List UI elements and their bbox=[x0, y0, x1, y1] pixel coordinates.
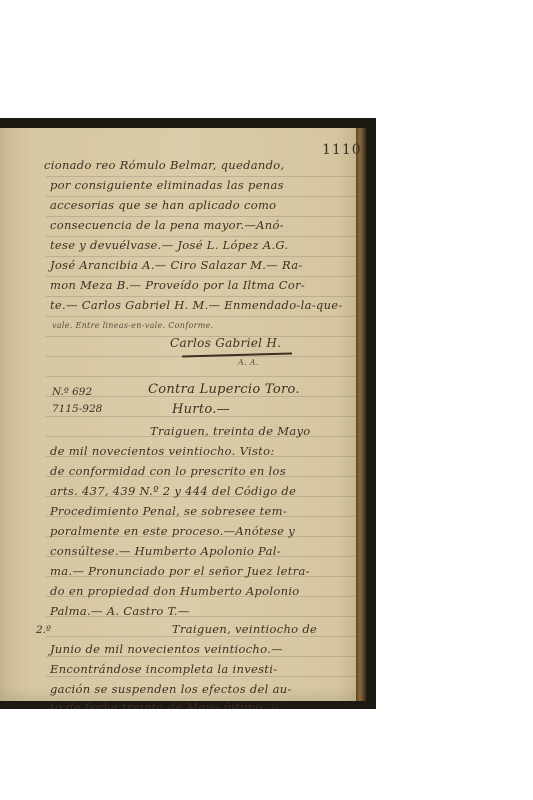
signature: Carlos Gabriel H. bbox=[170, 336, 281, 350]
margin-reference: 7115-928 bbox=[52, 403, 102, 415]
text-line: de conformidad con lo prescrito en los bbox=[50, 464, 286, 478]
text-line: mon Meza B.— Proveído por la Iltma Cor- bbox=[50, 278, 305, 292]
case-heading: Contra Lupercio Toro. bbox=[148, 382, 300, 397]
ruled-line bbox=[46, 376, 356, 377]
ruled-line bbox=[46, 176, 356, 177]
margin-case-number: N.º 692 bbox=[52, 386, 92, 398]
text-line: do en propiedad don Humberto Apolonio bbox=[50, 584, 300, 598]
ruled-line bbox=[46, 316, 356, 317]
case-subject: Hurto.— bbox=[172, 402, 230, 417]
text-line: de mil novecientos veintiocho. Visto: bbox=[50, 444, 275, 458]
text-line: Encontrándose incompleta la investi- bbox=[50, 662, 277, 676]
text-line: consecuencia de la pena mayor.—Anó- bbox=[50, 218, 284, 232]
text-line: tese y devuélvase.— José L. López A.G. bbox=[50, 238, 288, 252]
ruled-line bbox=[46, 636, 356, 637]
text-line: cionado reo Rómulo Belmar, quedando, bbox=[44, 158, 284, 172]
text-line: gación se suspenden los efectos del au- bbox=[50, 682, 292, 696]
correction-note: vale. Entre lineas-en-vale. Conforme. bbox=[52, 321, 213, 330]
text-line: Palma.— A. Castro T.— bbox=[50, 604, 190, 618]
ledger-page: 1110 cionado reo Rómulo Belmar, quedando… bbox=[0, 128, 366, 701]
ruled-line bbox=[46, 196, 356, 197]
text-line: consúltese.— Humberto Apolonio Pal- bbox=[50, 544, 281, 558]
text-line: poralmente en este proceso.—Anótese y bbox=[50, 524, 295, 538]
text-line: Procedimiento Penal, se sobresee tem- bbox=[50, 504, 287, 518]
ruled-line bbox=[46, 676, 356, 677]
ruled-line bbox=[46, 216, 356, 217]
ruled-line bbox=[46, 276, 356, 277]
text-line: por consiguiente eliminadas las penas bbox=[50, 178, 284, 192]
text-line: Traiguen, treinta de Mayo bbox=[150, 424, 311, 438]
ruled-line bbox=[46, 256, 356, 257]
text-line: arts. 437, 439 N.º 2 y 444 del Código de bbox=[50, 484, 296, 498]
margin-entry-number: 2.º bbox=[36, 624, 51, 636]
text-line: ma.— Pronunciado por el señor Juez letra… bbox=[50, 564, 310, 578]
ruled-line bbox=[46, 296, 356, 297]
text-line: accesorias que se han aplicado como bbox=[50, 198, 276, 212]
signature-initials: A. A. bbox=[238, 358, 259, 367]
scanned-document-photo: 1110 cionado reo Rómulo Belmar, quedando… bbox=[0, 118, 376, 709]
text-line: José Arancibia A.— Ciro Salazar M.— Ra- bbox=[50, 258, 303, 272]
text-line: Traiguen, veintiocho de bbox=[172, 622, 317, 636]
page-number: 1110 bbox=[322, 142, 362, 158]
book-binding-edge bbox=[356, 128, 366, 701]
ruled-line bbox=[46, 236, 356, 237]
text-line: Junio de mil novecientos veintiocho.— bbox=[50, 642, 283, 656]
text-line: te.— Carlos Gabriel H. M.— Enmendado-la-… bbox=[50, 298, 343, 312]
ruled-line bbox=[46, 656, 356, 657]
text-line: to de fecha treinta de Mayo último, // bbox=[50, 700, 279, 709]
